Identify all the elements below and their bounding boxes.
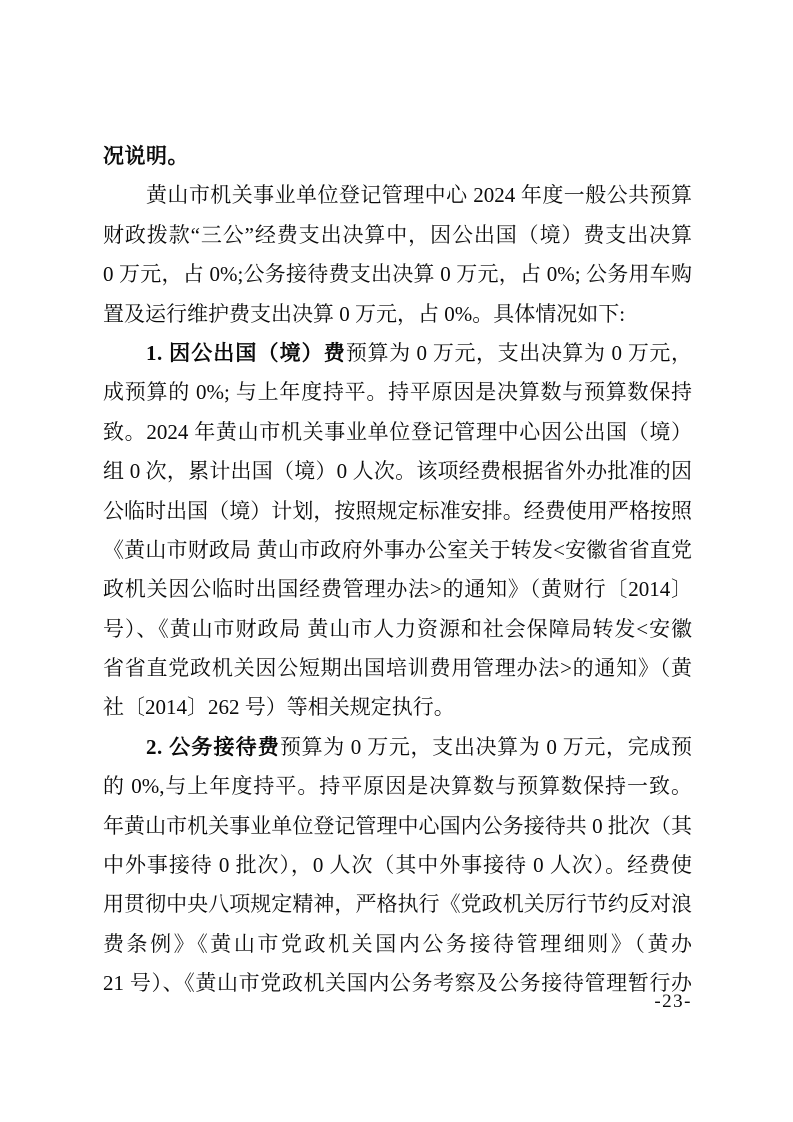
text-line: 公临时出国（境）计划，按照规定标准安排。经费使用严格按照 <box>103 492 692 531</box>
text-line: 2. 公务接待费预算为 0 万元，支出决算为 0 万元，完成预算 <box>103 728 692 767</box>
text-line: 况说明。 <box>103 137 692 176</box>
text-line: 的 0%,与上年度持平。持平原因是决算数与预算数保持一致。2024 <box>103 767 692 806</box>
text-line: 财政拨款“三公”经费支出决算中，因公出国（境）费支出决算 <box>103 216 692 255</box>
line-text: 0 万元，占 0%;公务接待费支出决算 0 万元，占 0%; 公务用车购 <box>103 262 692 286</box>
text-line: 1. 因公出国（境）费预算为 0 万元，支出决算为 0 万元，完 <box>103 334 692 373</box>
line-text: 费条例》《黄山市党政机关国内公务接待管理细则》（黄办〔2014〕 <box>103 932 692 964</box>
line-text: 的 0%,与上年度持平。持平原因是决算数与预算数保持一致。2024 <box>103 774 692 806</box>
line-text: 用贯彻中央八项规定精神，严格执行《党政机关厉行节约反对浪 <box>103 892 692 916</box>
text-line: 成预算的 0%; 与上年度持平。持平原因是决算数与预算数保持一 <box>103 373 692 412</box>
line-text: 年黄山市机关事业单位登记管理中心国内公务接待共 0 批次（其 <box>103 814 692 838</box>
page-number: -23- <box>103 990 692 1014</box>
bold-heading: 1. 因公出国（境）费 <box>146 341 346 365</box>
text-line: 用贯彻中央八项规定精神，严格执行《党政机关厉行节约反对浪 <box>103 885 692 924</box>
text-line: 政机关因公临时出国经费管理办法>的通知》（黄财行〔2014〕68 <box>103 570 692 609</box>
line-text: 致。2024 年黄山市机关事业单位登记管理中心因公出国（境）团 <box>103 420 692 452</box>
bold-heading: 2. 公务接待费 <box>146 735 280 759</box>
line-text: 省省直党政机关因公短期出国培训费用管理办法>的通知》（黄财 <box>103 656 692 688</box>
line-text: 中外事接待 0 批次），0 人次（其中外事接待 0 人次）。经费使 <box>103 853 692 877</box>
document-page: 况说明。黄山市机关事业单位登记管理中心 2024 年度一般公共预算财政拨款“三公… <box>0 0 793 1122</box>
text-line: 置及运行维护费支出决算 0 万元，占 0%。具体情况如下: <box>103 295 692 334</box>
line-text: 号）、《黄山市财政局 黄山市人力资源和社会保障局转发<安徽 <box>103 617 692 641</box>
text-line: 0 万元，占 0%;公务接待费支出决算 0 万元，占 0%; 公务用车购 <box>103 255 692 294</box>
line-text: 公临时出国（境）计划，按照规定标准安排。经费使用严格按照 <box>103 499 692 523</box>
line-text: 财政拨款“三公”经费支出决算中，因公出国（境）费支出决算 <box>103 223 692 247</box>
line-text: 政机关因公临时出国经费管理办法>的通知》（黄财行〔2014〕68 <box>103 577 692 609</box>
text-line: 省省直党政机关因公短期出国培训费用管理办法>的通知》（黄财 <box>103 649 692 688</box>
text-line: 年黄山市机关事业单位登记管理中心国内公务接待共 0 批次（其 <box>103 807 692 846</box>
line-text: 社〔2014〕262 号）等相关规定执行。 <box>103 695 455 719</box>
line-text: 《黄山市财政局 黄山市政府外事办公室关于转发<安徽省省直党 <box>103 538 692 562</box>
text-line: 《黄山市财政局 黄山市政府外事办公室关于转发<安徽省省直党 <box>103 531 692 570</box>
text-line: 组 0 次，累计出国（境）0 人次。该项经费根据省外办批准的因 <box>103 452 692 491</box>
text-line: 中外事接待 0 批次），0 人次（其中外事接待 0 人次）。经费使 <box>103 846 692 885</box>
text-line: 号）、《黄山市财政局 黄山市人力资源和社会保障局转发<安徽 <box>103 610 692 649</box>
text-line: 费条例》《黄山市党政机关国内公务接待管理细则》（黄办〔2014〕 <box>103 925 692 964</box>
line-text: 置及运行维护费支出决算 0 万元，占 0%。具体情况如下: <box>103 302 625 326</box>
text-line: 致。2024 年黄山市机关事业单位登记管理中心因公出国（境）团 <box>103 413 692 452</box>
text-line: 黄山市机关事业单位登记管理中心 2024 年度一般公共预算 <box>103 176 692 215</box>
line-text: 成预算的 0%; 与上年度持平。持平原因是决算数与预算数保持一 <box>103 380 692 412</box>
line-text: 黄山市机关事业单位登记管理中心 2024 年度一般公共预算 <box>146 183 692 207</box>
line-text: 组 0 次，累计出国（境）0 人次。该项经费根据省外办批准的因 <box>103 459 692 483</box>
document-body: 况说明。黄山市机关事业单位登记管理中心 2024 年度一般公共预算财政拨款“三公… <box>103 137 692 1004</box>
text-line: 社〔2014〕262 号）等相关规定执行。 <box>103 688 692 727</box>
bold-heading: 况说明。 <box>103 144 189 168</box>
